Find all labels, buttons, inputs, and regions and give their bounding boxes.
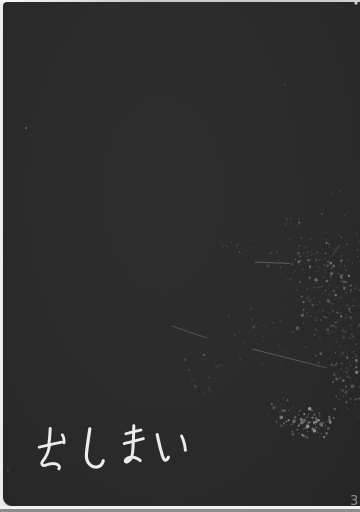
scanned-page-canvas: おしまい 3 <box>0 0 360 512</box>
oshimai-text: おしまい <box>36 424 206 472</box>
scan-bottom-margin <box>0 506 360 512</box>
scan-top-margin <box>0 0 360 2</box>
